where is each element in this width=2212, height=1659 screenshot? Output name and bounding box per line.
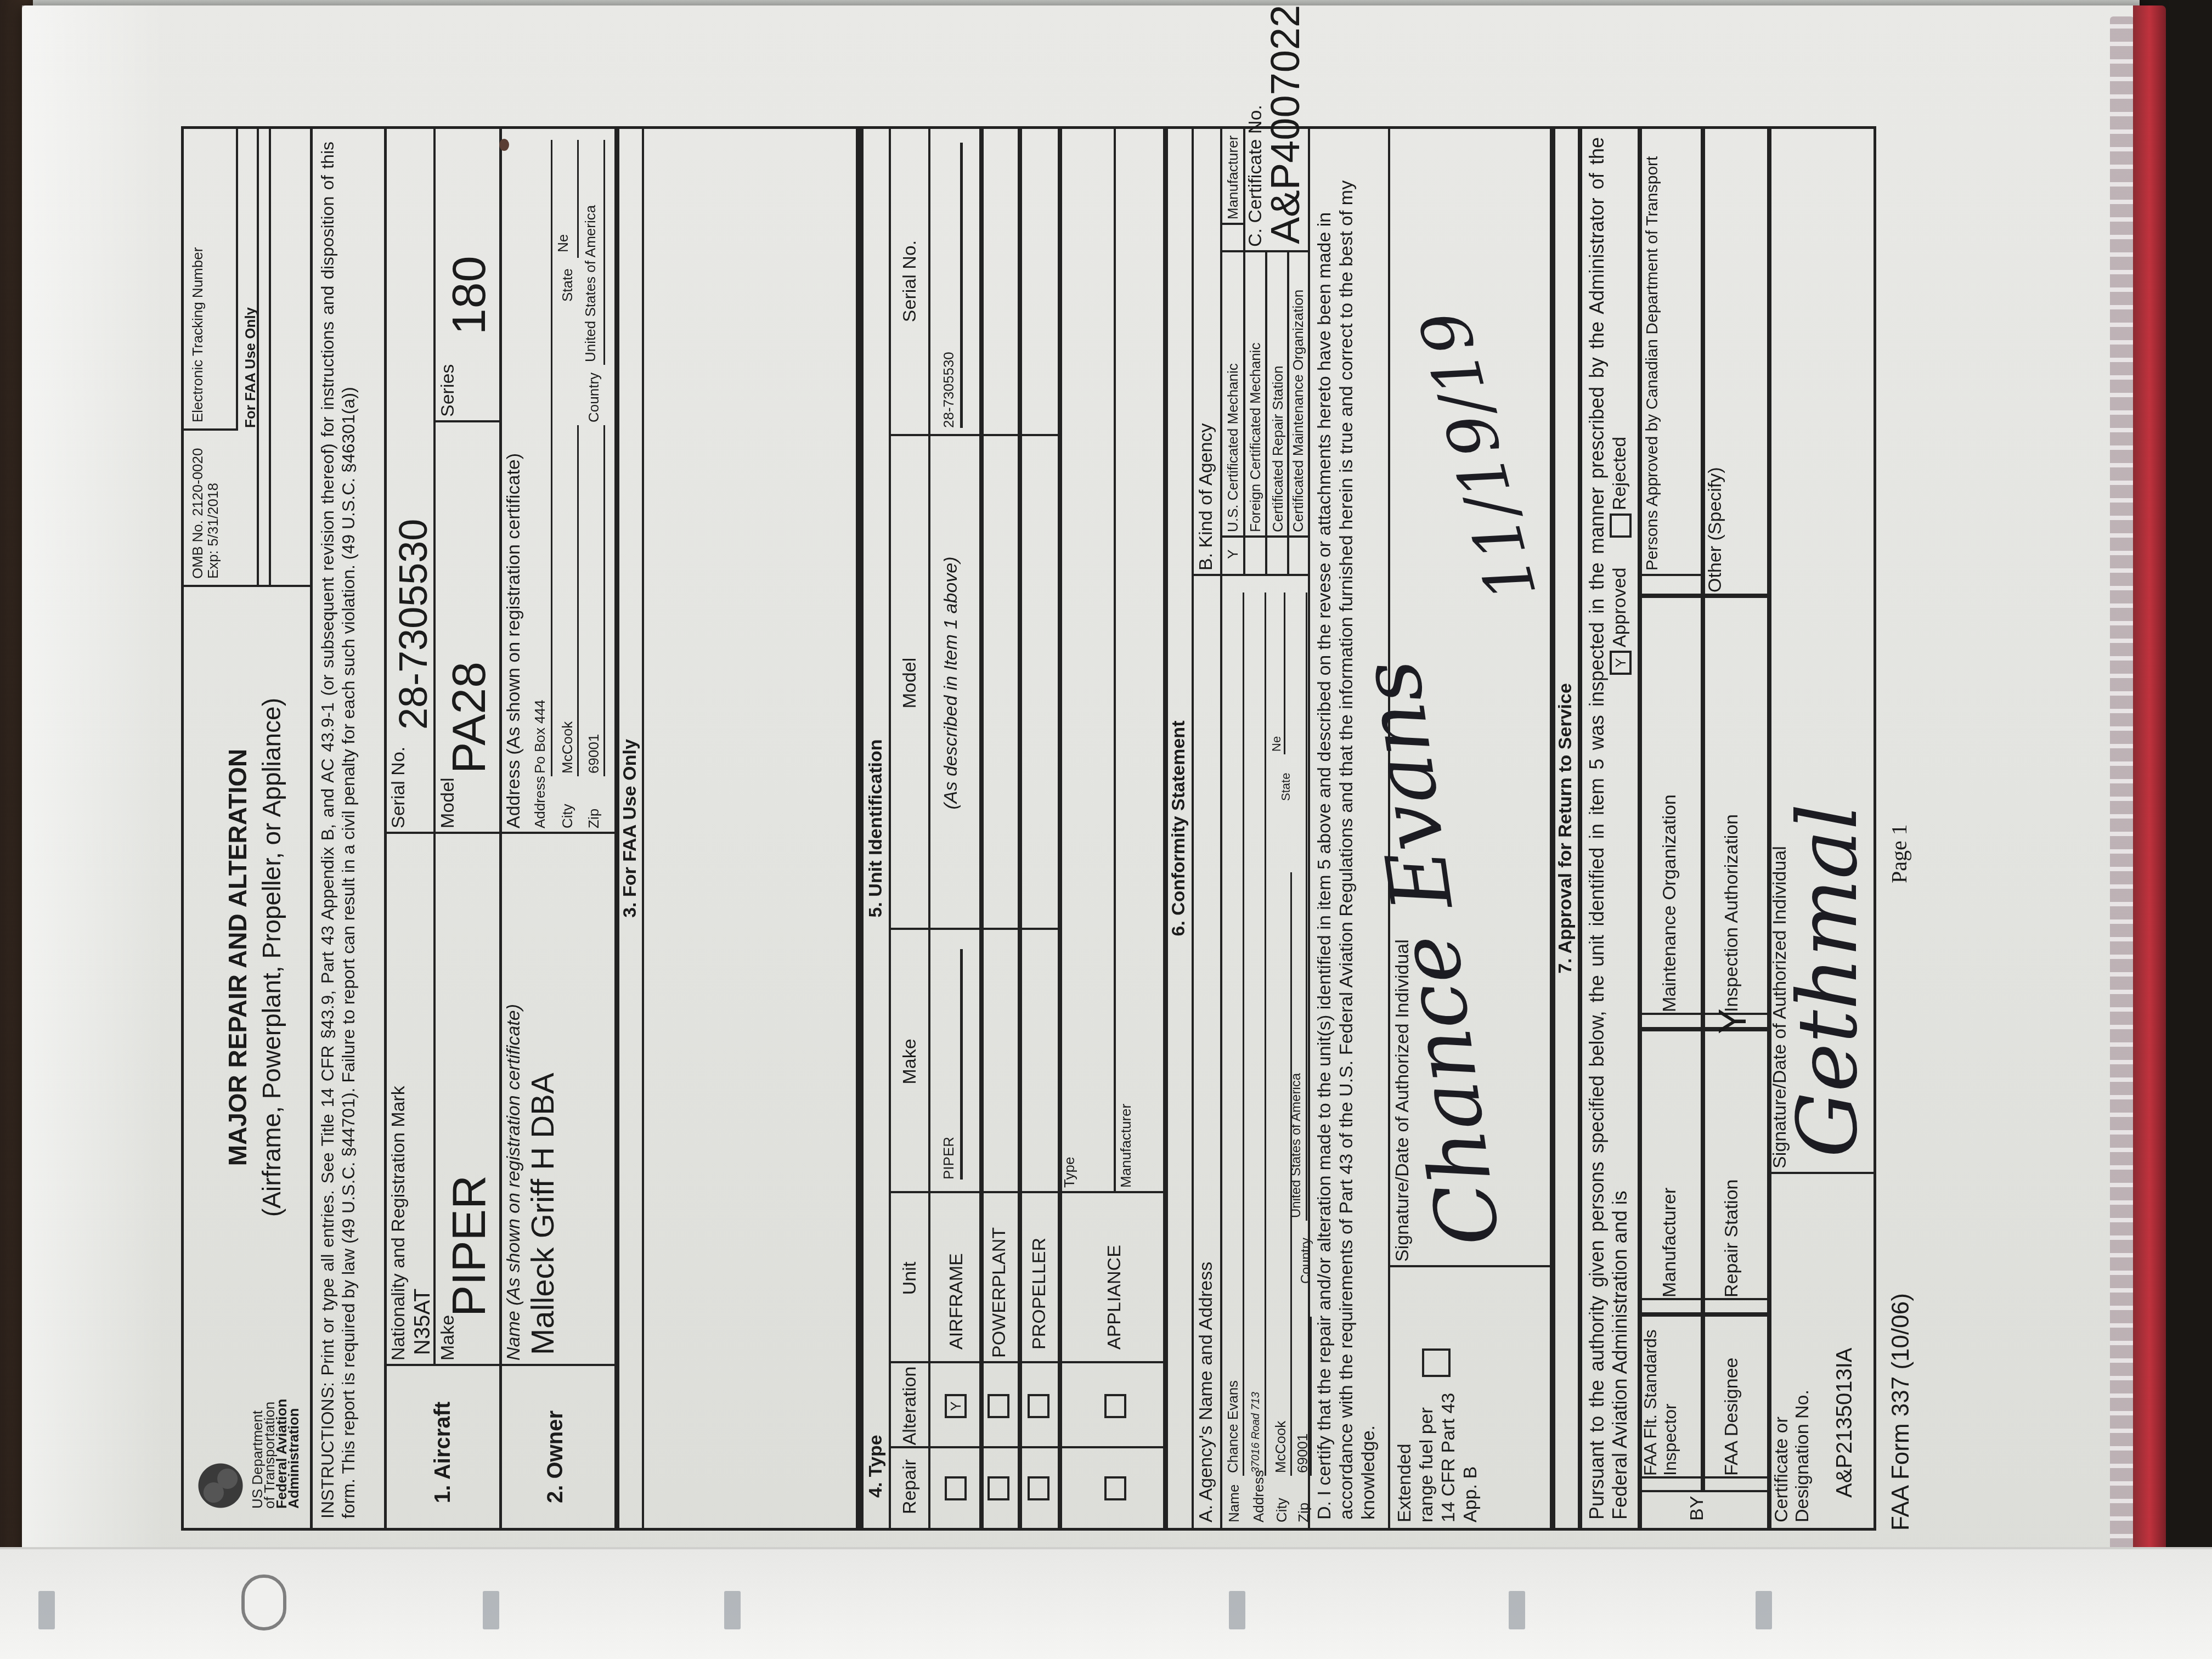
appliance-alteration-checkbox[interactable] [1104,1394,1126,1418]
underline [1284,592,1285,754]
divider [1388,1265,1553,1267]
divider [928,126,930,1531]
owner-zip[interactable]: 69001 [586,734,602,774]
agency-city-label: City [1274,1498,1290,1522]
tracking-label: Electronic Tracking Number [190,247,206,422]
agency-country-value[interactable]: United States of America [1289,1073,1304,1218]
binder-tab [1509,1591,1525,1629]
aircraft-section-label: 1. Aircraft [431,1402,455,1503]
underline [1310,1317,1312,1476]
agency-name-label: A. Agency's Name and Address [1196,1262,1216,1522]
divider [889,1361,1166,1363]
divider [1220,250,1243,252]
series-label: Series [438,364,458,417]
divider [1265,252,1267,576]
divider [181,428,236,431]
binder-tab [483,1591,499,1629]
dot-logo-icon [198,1463,244,1509]
divider [1308,126,1310,1531]
divider [889,126,891,1531]
tracking-number-field[interactable] [272,129,310,584]
divider [181,585,313,587]
agency-name-field-label: Name [1226,1485,1242,1522]
extended-range-fuel-checkbox[interactable] [1422,1348,1451,1377]
make-column-header: Make [900,930,920,1193]
alteration-column-header: Alteration [900,1363,920,1448]
owner-section-label: 2. Owner [543,1410,567,1503]
serial-column-header: Serial No. [900,126,920,436]
designation-no-label: Certificate or Designation No. [1771,1358,1813,1522]
divider [433,420,502,422]
kind-foreign-mechanic: Foreign Certificated Mechanic [1248,343,1263,532]
owner-country-label: Country [586,373,602,422]
divider [1638,574,1701,576]
unit-appliance: APPLIANCE [1104,1245,1125,1350]
divider [1058,126,1062,1531]
divider [1578,126,1582,1531]
designation-number[interactable]: A&P2135013IA [1832,1347,1857,1498]
page-number: Page 1 [1887,824,1911,883]
agency-address-label: Address [1251,1470,1267,1522]
underline [1243,592,1244,1476]
kind-mark-us-mechanic[interactable]: Y [1225,543,1241,565]
divider [384,832,502,834]
underline [577,140,579,258]
airframe-model[interactable]: (As described in Item 1 above) [941,436,961,930]
sleeve-punch-holes [2110,16,2134,1605]
agency-name: US Department of Transportation Federal … [251,1399,300,1509]
owner-name-label: Name (As shown on registration certifica… [504,1004,524,1361]
repair-station-mark[interactable]: Y [1712,1011,1754,1034]
underline [1265,592,1266,1476]
sleeve-red-binding [2133,5,2166,1616]
powerplant-alteration-checkbox[interactable] [988,1394,1009,1418]
appliance-type-label: Type [1062,1157,1077,1188]
divider [1767,1172,1876,1174]
faa-use-label: For FAA Use Only [242,307,258,428]
divider [1243,250,1308,252]
kind-maintenance-org: Certificated Maintenance Organization [1290,290,1306,532]
underline [577,425,579,776]
divider [889,434,1059,436]
unit-powerplant: POWERPLANT [989,1227,1009,1358]
underline [603,425,605,776]
binder-tab [724,1591,741,1629]
serial-label: Serial No. [388,747,409,828]
kind-repair-station: Certificated Repair Station [1270,366,1286,532]
airframe-alteration-checkbox[interactable]: Y [945,1394,967,1418]
divider [889,1446,1166,1448]
owner-city-label: City [560,804,575,828]
form-title: MAJOR REPAIR AND ALTERATION [224,669,252,1245]
serial-number[interactable]: 28-7305530 [392,519,436,730]
divider [1018,126,1022,1531]
approver-other: Other (Specify) [1705,467,1725,592]
model-column-header: Model [900,436,920,930]
rejected-label: Rejected [1610,437,1630,510]
owner-country[interactable]: United States of America [583,205,599,362]
powerplant-repair-checkbox[interactable] [988,1476,1009,1500]
omb-number: OMB No. 2120-0020 [190,448,206,579]
propeller-alteration-checkbox[interactable] [1028,1394,1049,1418]
airframe-serial[interactable]: 28-7305530 [941,352,957,428]
owner-address-header: Address (As shown on registration certif… [504,453,524,828]
approval-statement: Pursuant to the authority given persons … [1585,137,1632,1520]
certificate-number[interactable]: A&P4007022 [1263,5,1307,244]
agency-address-value[interactable]: 37016 Road 713 [1250,1392,1262,1473]
approver-faa-inspector: FAA Flt. Standards Inspector [1640,1317,1680,1476]
divider [979,126,984,1531]
divider [236,126,238,431]
approver-faa-designee: FAA Designee [1722,1358,1742,1476]
propeller-repair-checkbox[interactable] [1028,1476,1049,1500]
form-body: US Department of Transportation Federal … [181,126,1915,1531]
appliance-repair-checkbox[interactable] [1104,1476,1126,1500]
airframe-repair-checkbox[interactable] [945,1476,967,1500]
agency-city-value[interactable]: McCook [1273,1421,1289,1473]
approved-checkbox[interactable]: Y [1610,651,1632,675]
unit-propeller: PROPELLER [1029,1238,1049,1350]
series-value[interactable]: 180 [443,256,495,335]
divider [499,1364,617,1366]
approver-maintenance-org: Maintenance Organization [1660,794,1680,1012]
form-subtitle: (Airframe, Powerplant, Propeller, or App… [258,642,286,1273]
rejected-checkbox[interactable] [1610,513,1632,538]
faa-use-section-label: 3. For FAA Use Only [620,126,640,1531]
underline [551,140,552,776]
nationality-label: Nationality and Registration Mark [388,1086,409,1361]
approver-repair-station: Repair Station [1722,1180,1742,1297]
airframe-make[interactable]: PIPER [941,1137,957,1180]
underline [960,949,963,1180]
owner-zip-label: Zip [586,809,602,828]
inspector-signature[interactable]: Gethmal [1783,804,1874,1158]
underline [960,143,963,428]
divider [889,928,1059,930]
divider [1114,126,1116,1193]
ink-spot [499,139,509,151]
kind-of-agency-label: B. Kind of Agency [1196,424,1216,571]
omb-expiration: Exp: 5/31/2018 [205,483,221,579]
divider [889,1191,1166,1193]
divider [257,126,259,587]
approver-manufacturer: Manufacturer [1660,1188,1680,1297]
repair-column-header: Repair [900,1448,920,1525]
underline [603,140,605,365]
model-label: Model [438,777,458,828]
binder-ring-icon [241,1575,286,1630]
agency-state-label: State [1279,773,1293,801]
owner-state-label: State [560,268,575,302]
binder-tab [38,1591,55,1629]
underline [1306,592,1307,1221]
unit-airframe: AIRFRAME [946,1253,967,1350]
divider [1701,126,1705,1492]
binder-tab [1756,1591,1772,1629]
registration-mark[interactable]: N35AT [410,1288,435,1355]
form-number: FAA Form 337 (10/06) [1887,1293,1915,1531]
owner-name[interactable]: Malleck Griff H DBA [526,1073,561,1355]
unit-column-header: Unit [900,1193,920,1363]
divider [433,126,436,1366]
faa-form-337: US Department of Transportation Federal … [181,126,1926,1531]
divider [499,832,617,834]
model-value[interactable]: PA28 [443,662,495,774]
owner-address[interactable]: Po Box 444 [532,700,548,774]
appliance-manufacturer-label: Manufacturer [1118,1104,1134,1188]
approved-label: Approved [1610,567,1630,647]
divider [1192,126,1194,1531]
owner-city[interactable]: McCook [560,721,575,774]
conformity-section-label: 6. Conformity Statement [1169,126,1189,1531]
approver-inspection-authorization: Inspection Authorization [1722,814,1742,1012]
agency-name-value[interactable]: Chance Evans [1225,1380,1241,1473]
owner-address-label: Address [532,776,548,828]
unit-id-section-label: 5. Unit Identification [866,126,886,1531]
approval-section-label: 7. Approval for Return to Service [1555,126,1576,1531]
divider [1192,574,1308,576]
divider [384,1364,502,1366]
faa-use-section [614,126,859,1531]
divider [1220,223,1243,225]
kind-manufacturer: Manufacturer [1225,136,1241,219]
divider [642,126,644,1531]
divider [1220,535,1308,538]
binder-tab [1229,1591,1245,1629]
make-value[interactable]: PIPER [443,1175,495,1317]
divider [1220,126,1222,1531]
instructions-text: INSTRUCTIONS: Print or type all entries.… [317,142,359,1519]
extended-range-fuel-label: Extended range fuel per 14 CFR Part 43 A… [1393,1391,1481,1522]
agency-state-value[interactable]: Ne [1270,736,1283,752]
agency-country-label: Country [1299,1238,1313,1284]
divider [1287,252,1289,576]
owner-state[interactable]: Ne [555,234,571,252]
approver-canadian-dot: Persons Approved by Canadian Department … [1643,132,1662,571]
divider [269,126,271,587]
make-label: Make [438,1315,458,1361]
kind-us-mechanic: U.S. Certificated Mechanic [1225,363,1241,532]
by-label: BY [1687,1496,1707,1521]
binder-page-edge [0,1547,2212,1659]
divider [1767,126,1771,1531]
